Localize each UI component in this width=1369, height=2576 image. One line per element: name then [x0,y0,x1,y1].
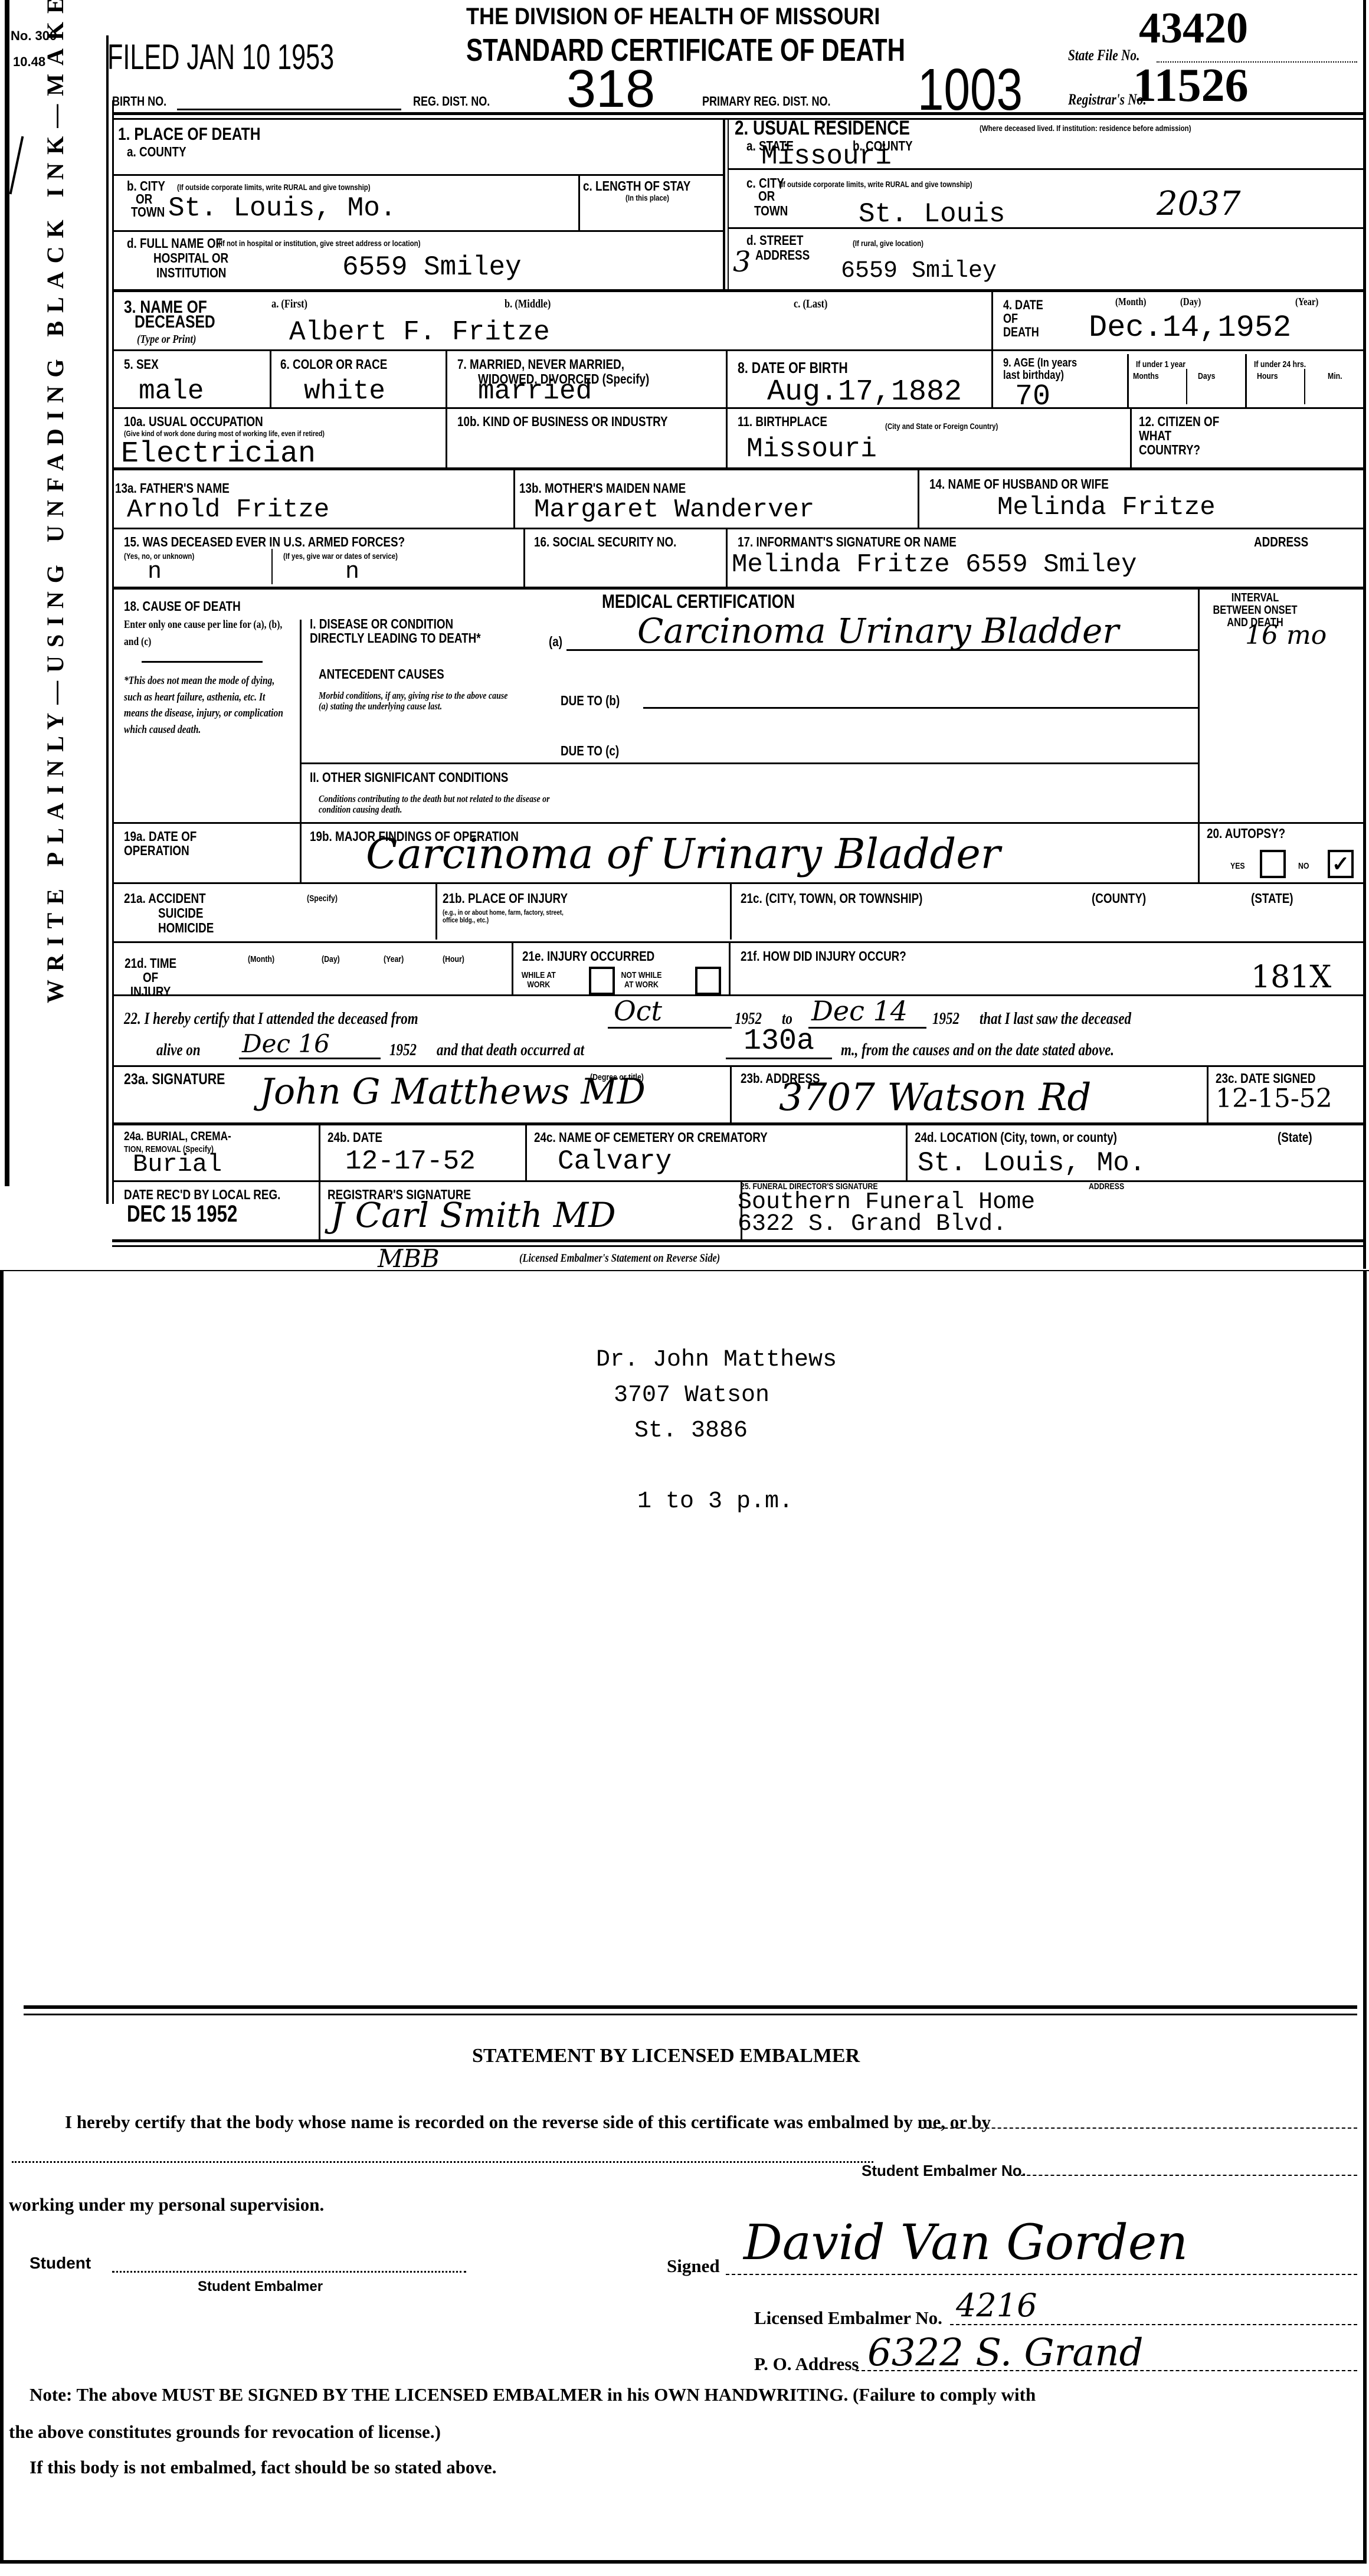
spouse-label: 14. NAME OF HUSBAND OR WIFE [929,477,1109,491]
certify-line-2-post: m., from the causes and on the date stat… [841,1042,1114,1059]
death-time-line [726,1058,832,1059]
certify-line-1-post: that I last saw the deceased [980,1010,1131,1027]
months-label: Months [1133,372,1159,381]
frame-left [106,35,109,1204]
row-rule [112,1180,1363,1182]
div-ssn [726,529,728,587]
div-armed [271,549,273,584]
sex-value: male [139,378,204,405]
hospital-note: (If not in hospital or institution, give… [218,239,421,248]
time-of-injury-label: 21d. TIME OF INJURY [124,956,177,999]
row-rule [112,467,1363,470]
div-cause [300,620,302,832]
primary-reg-dist-label: PRIMARY REG. DIST. NO. [702,94,831,108]
birthplace-label: 11. BIRTHPLACE [738,414,827,428]
first-name-label: a. (First) [271,298,307,310]
div-occurred [729,942,731,994]
student-label: Student [30,2254,91,2271]
section-rule [112,289,1363,292]
other-conditions-label: II. OTHER SIGNIFICANT CONDITIONS [310,770,508,784]
student-dotted-line [112,2271,466,2273]
age-label: 9. AGE (In years last birthday) [1003,357,1085,382]
row-rule [112,882,1363,884]
signed-line [726,2274,1357,2275]
birth-no-line [177,109,401,110]
div-hours [1304,369,1305,404]
div-months [1245,354,1247,407]
armed-dates-value: n [345,561,359,584]
while-at-work-checkbox[interactable] [589,967,615,995]
interval-value: 16 mo [1245,623,1327,649]
under-24-label: If under 24 hrs. [1254,360,1306,369]
row-rule [112,407,1363,409]
embalmer-top-rule-2 [24,2014,1357,2015]
citizen-label: 12. CITIZEN OF WHAT COUNTRY? [1139,414,1226,457]
div-mother [918,469,919,528]
certificate-bottom-rule [112,1239,1363,1242]
embalmer-line-2: working under my personal supervision. [9,2194,324,2215]
div-cemetery [906,1124,908,1181]
embalmer-top-rule [24,2005,1357,2009]
place-of-injury-note: (e.g., in or about home, farm, factory, … [443,909,564,924]
student-embalmer-sub: Student Embalmer [198,2279,323,2294]
name-label-2: DECEASED [135,313,215,332]
signed-label: Signed [667,2256,720,2277]
row-rule [112,1065,1363,1067]
div-time [512,942,513,994]
ssn-label: 16. SOCIAL SECURITY NO. [534,535,676,549]
initials: MBB [378,1246,440,1271]
from-line [608,1027,732,1029]
div-signature [730,1066,732,1122]
place-of-injury-label: 21b. PLACE OF INJURY [443,891,568,905]
antecedent-label: ANTECEDENT CAUSES [319,667,444,681]
signature-label: 23a. SIGNATURE [124,1071,225,1087]
occupation-note: (Give kind of work done during most of w… [124,430,325,438]
burial-state-label: (State) [1278,1130,1312,1144]
doctor-street: 3707 Watson [614,1384,769,1408]
armed-dates-label: (If yes, give war or dates of service) [283,552,398,561]
res-street-mark: 3 [733,248,751,276]
embalmer-title: STATEMENT BY LICENSED EMBALMER [472,2045,860,2067]
informant-address-label: ADDRESS [1254,535,1308,549]
res-street-value: 6559 Smiley [841,260,997,283]
licensed-embalmer-no-value[interactable]: 4216 [956,2290,1037,2322]
time-year-label: (Year) [384,955,404,964]
res-city-value: St. Louis [859,201,1005,228]
header-rule [112,112,1363,115]
back-right-border [1363,1271,1367,2564]
student-embalmer-no-label: Student Embalmer No. [862,2163,1026,2179]
cause-a-value: Carcinoma Urinary Bladder [637,614,1119,648]
office-hours: 1 to 3 p.m. [637,1490,793,1514]
informant-label: 17. INFORMANT'S SIGNATURE OR NAME [738,535,957,549]
reg-dist-label: REG. DIST. NO. [413,94,490,108]
res-street-label-2: ADDRESS [755,248,810,262]
burial-location-label: 24d. LOCATION (City, town, or county) [915,1130,1117,1144]
deceased-name: Albert F. Fritze [289,319,550,346]
frame-left-inner [112,100,114,1204]
findings-value: Carcinoma of Urinary Bladder [366,833,1000,875]
informant-value: Melinda Fritze 6559 Smiley [732,552,1137,578]
attended-from-value: Oct [614,997,662,1024]
cause-separator [142,661,263,663]
armed-forces-label: 15. WAS DECEASED EVER IN U.S. ARMED FORC… [124,535,405,549]
row-rule [112,230,723,232]
other-conditions-note: Conditions contributing to the death but… [319,794,561,815]
due-to-c-line [301,762,1198,764]
embalmed-by-line [921,2127,1357,2129]
mother-value: Margaret Wanderver [534,497,814,523]
cemetery-label: 24c. NAME OF CEMETERY OR CREMATORY [534,1130,768,1144]
to-year: 1952 [932,1010,959,1027]
while-at-work-label: WHILE AT WORK [519,971,558,990]
to-line [808,1027,926,1029]
burial-date-value: 12-17-52 [345,1148,476,1175]
div-father [513,469,515,528]
hours-label: Hours [1257,372,1278,381]
res-street-note: (If rural, give location) [853,239,923,248]
filed-stamp: FILED JAN 10 1953 [107,37,334,77]
row-rule [729,168,1363,170]
certificate-title: STANDARD CERTIFICATE OF DEATH [466,32,905,68]
autopsy-yes-checkbox[interactable] [1260,850,1286,878]
hospital-label-3: INSTITUTION [156,266,226,280]
date-recd-value: DEC 15 1952 [127,1201,237,1228]
div-burial-date [525,1124,527,1181]
autopsy-yes-label: YES [1230,862,1245,871]
min-label: Min. [1328,372,1342,381]
burial-location-value: St. Louis, Mo. [918,1150,1145,1177]
degree-label: (Degree or title) [590,1073,644,1082]
business-label: 10b. KIND OF BUSINESS OR INDUSTRY [457,414,668,428]
length-of-stay-note: (In this place) [625,194,669,202]
time-month-label: (Month) [248,955,274,964]
county-label: a. COUNTY [127,145,186,159]
birthplace-value: Missouri [746,436,877,463]
injury-city-label: 21c. (CITY, TOWN, OR TOWNSHIP) [741,891,922,905]
res-county-label: b. COUNTY [853,139,913,153]
death-time-value: 130a [744,1027,814,1056]
div-address [1207,1066,1208,1122]
div-date-recd [319,1181,320,1240]
back-left-border [0,1271,4,2564]
place-of-death-label: 1. PLACE OF DEATH [118,125,260,144]
funeral-address-label: ADDRESS [1089,1182,1124,1192]
div-operation [300,823,302,882]
po-address-label: P. O. Address [754,2354,859,2375]
antecedent-note: Morbid conditions, if any, giving rise t… [319,690,512,712]
embalmer-signature[interactable]: David Van Gorden [744,2219,1188,2267]
not-while-at-work-checkbox[interactable] [695,967,721,995]
margin-mark [9,136,24,195]
page-left-border [5,0,9,1186]
race-value: white [304,378,385,405]
father-value: Arnold Fritze [127,497,329,523]
div-age [1127,354,1129,407]
medical-cert-title: MEDICAL CERTIFICATION [602,592,795,612]
days-label: Days [1198,372,1215,381]
stay-divider [578,176,580,230]
div-autopsy [1198,823,1200,882]
autopsy-label: 20. AUTOPSY? [1207,826,1285,840]
time-day-label: (Day) [322,955,340,964]
cause-of-death-label: 18. CAUSE OF DEATH [124,599,241,613]
hospital-label-2: HOSPITAL OR [153,251,228,265]
date-of-death-divider [991,290,993,349]
accident-label-3: HOMICIDE [158,921,214,935]
col-divider-1-2b [728,118,729,289]
state-file-no-label: State File No. [1068,47,1139,63]
back-top-rule [0,1270,1369,1271]
dob-label: 8. DATE OF BIRTH [738,360,848,376]
row-rule [112,994,1363,996]
registrar-number: 11526 [1133,59,1249,113]
burial-type-value: Burial [133,1152,222,1177]
div-dob [991,351,993,407]
sex-label: 5. SEX [124,357,159,371]
due-to-c-label: DUE TO (c) [561,744,619,758]
state-file-number: 43420 [1139,4,1248,54]
licensed-embalmer-no-label: Licensed Embalmer No. [754,2307,942,2329]
under-1-year-label: If under 1 year [1136,360,1185,369]
usual-residence-note: (Where deceased lived. If institution: r… [980,124,1191,133]
date-of-death-value: Dec.14,1952 [1089,313,1291,343]
accident-label-2: SUICIDE [158,906,204,920]
licensed-no-line [950,2324,1357,2325]
row-rule [112,528,1363,529]
certify-line-1: 22. I hereby certify that I attended the… [124,1010,418,1027]
registrar-signature: J Carl Smith MD [330,1198,616,1232]
res-city-code: 2037 [1157,188,1241,221]
disease-label: I. DISEASE OR CONDITION DIRECTLY LEADING… [310,617,503,645]
row-rule [112,349,1363,351]
injury-occurred-label: 21e. INJURY OCCURRED [522,949,654,963]
armed-yes-no-value: n [148,561,162,584]
certificate-bottom-rule-2 [112,1245,1363,1247]
birthplace-note: (City and State or Foreign Country) [885,422,998,431]
father-label: 13a. FATHER'S NAME [115,481,230,495]
how-injury-mark: 181X [1251,962,1331,993]
div-marital [726,351,728,469]
back-bottom-rule [0,2560,1367,2564]
vertical-instruction: WRITE PLAINLY—USING UNFADING BLACK INK—M… [41,0,69,1003]
length-of-stay-label: c. LENGTH OF STAY [583,179,690,193]
due-to-b-line [643,707,1198,709]
alive-on-line [239,1058,381,1059]
middle-name-label: b. (Middle) [505,298,551,310]
due-to-b-label: DUE TO (b) [561,693,620,708]
city-note: (If outside corporate limits, write RURA… [177,183,371,192]
note-line-2: the above constitutes grounds for revoca… [9,2421,441,2443]
operation-date-label: 19a. DATE OF OPERATION [124,829,245,857]
date-signed-value: 12-15-52 [1216,1086,1332,1112]
last-name-label: c. (Last) [794,298,827,310]
col-divider-1-2 [723,118,725,289]
div-sex [270,351,271,407]
marital-value: married [478,378,592,405]
div-interval [1198,588,1200,847]
marital-label: 7. MARRIED, NEVER MARRIED, [457,357,624,371]
funeral-address-value: 6322 S. Grand Blvd. [738,1213,1007,1236]
line-a-label: (a) [549,634,562,649]
cause-a-line [566,649,1198,651]
row-rule [112,1122,1363,1125]
date-recd-label: DATE REC'D BY LOCAL REG. [124,1187,280,1202]
not-while-at-work-label: NOT WHILE AT WORK [618,971,664,990]
alive-on-value: Dec 16 [242,1032,330,1056]
note-line-1: Note: The above MUST BE SIGNED BY THE LI… [30,2384,1036,2405]
autopsy-no-label: NO [1298,862,1309,871]
frame-right [1363,0,1366,1269]
burial-date-label: 24b. DATE [327,1130,382,1144]
row-rule [729,227,1363,229]
po-address-value[interactable]: 6322 S. Grand [867,2334,1144,2372]
division-title: THE DIVISION OF HEALTH OF MISSOURI [466,4,880,30]
div-race [446,351,447,469]
row-rule [112,174,723,176]
mother-label: 13b. MOTHER'S MAIDEN NAME [519,481,686,495]
accident-label-1: 21a. ACCIDENT [124,891,206,905]
cause-footnote: *This does not mean the mode of dying, s… [124,673,284,738]
physician-signature: John G Matthews MD [260,1074,646,1109]
dod-day-label: (Day) [1180,296,1201,307]
note-line-3: If this body is not embalmed, fact shoul… [30,2457,496,2478]
hospital-value: 6559 Smiley [342,254,522,281]
autopsy-no-checkbox[interactable]: ✓ [1328,850,1354,878]
div-place [730,883,732,940]
city-town: TOWN [131,205,165,219]
row-rule [112,941,1363,943]
cause-instr: Enter only one cause per line for (a), (… [124,617,284,650]
time-hour-label: (Hour) [443,955,464,964]
injury-county-label: (COUNTY) [1092,891,1146,905]
form-revision: 10.48 [13,54,45,70]
hospital-label: d. FULL NAME OF [127,236,222,250]
injury-state-label: (STATE) [1251,891,1293,905]
dod-year-label: (Year) [1295,296,1318,307]
div-burial [319,1124,320,1181]
res-city-note: (If outside corporate limits, write RURA… [779,180,972,189]
attended-to-value: Dec 14 [811,997,908,1024]
usual-residence-label: 2. USUAL RESIDENCE [735,118,910,139]
student-embalmer-no-line [1009,2175,1357,2176]
spouse-value: Melinda Fritze [997,495,1216,521]
occupation-label: 10a. USUAL OCCUPATION [124,414,263,428]
doctor-name: Dr. John Matthews [596,1348,837,1372]
div-birthplace [1130,408,1132,467]
dod-month-label: (Month) [1115,296,1146,307]
cert-address-value: 3707 Watson Rd [779,1079,1091,1117]
doctor-phone: St. 3886 [634,1419,748,1443]
birth-no-label: BIRTH NO. [112,94,166,108]
cemetery-value: Calvary [558,1148,672,1175]
race-label: 6. COLOR OR RACE [280,357,387,371]
res-city-or: OR [758,189,775,203]
student-embalmer-dotted [12,2161,873,2163]
res-city-town: TOWN [754,204,788,218]
embalmer-reverse-note: (Licensed Embalmer's Statement on Revers… [519,1252,720,1265]
alive-year: 1952 [389,1042,417,1059]
dob-value: Aug.17,1882 [767,378,962,407]
occupation-value: Electrician [121,440,316,469]
date-of-death-label: 4. DATE OF DEATH [1003,298,1047,339]
burial-type-label-1: 24a. BURIAL, CREMA- [124,1130,231,1143]
place-of-death-city: St. Louis, Mo. [168,195,396,222]
div-accident [435,883,437,940]
reg-dist-number: 318 [566,59,655,120]
how-injury-label: 21f. HOW DID INJURY OCCUR? [741,949,906,963]
res-street-label: d. STREET [746,233,803,247]
section-rule [112,587,1363,590]
name-hint: (Type or Print) [137,333,196,346]
certify-line-2: alive on [156,1042,201,1059]
div-armed-2 [523,529,525,587]
accident-specify: (Specify) [307,894,338,904]
div-under1 [1186,369,1187,404]
embalmer-line-1: I hereby certify that the body whose nam… [65,2112,991,2133]
certify-line-2-mid: and that death occurred at [437,1042,584,1059]
